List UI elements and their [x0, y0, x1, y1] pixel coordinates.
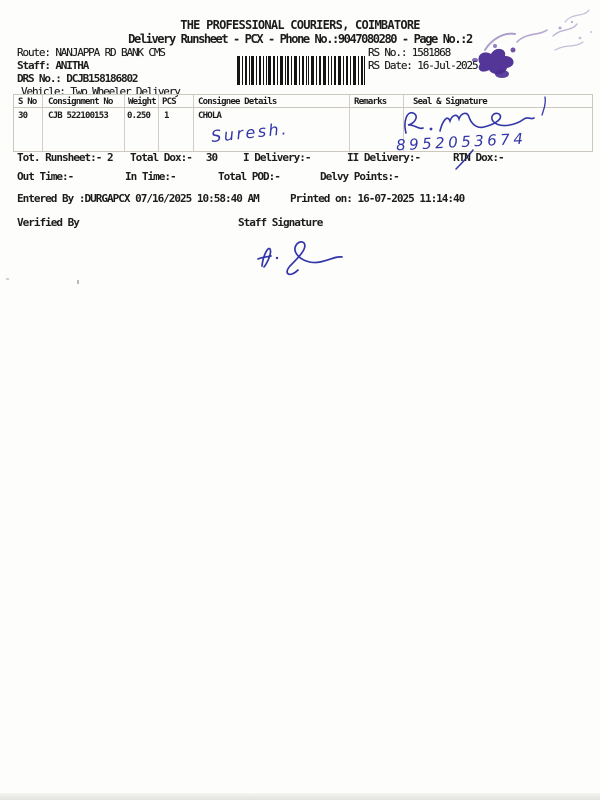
staff-label: Staff: [17, 59, 50, 72]
route-label: Route: [17, 46, 50, 59]
total-dox: Total Dox:-30 [130, 152, 217, 164]
barcode-image [237, 56, 365, 85]
col-header-weight: Weight [128, 98, 156, 108]
column-divider [42, 95, 43, 151]
col-header-sno: S No [18, 98, 36, 108]
scan-edge-shadow [0, 793, 600, 800]
col-header-pcs: PCS [162, 98, 176, 108]
drs-label: DRS No.: [17, 72, 61, 85]
entered-by: Entered By :DURGAPCX 07/16/2025 10:58:40… [17, 193, 259, 205]
row-weight: 0.250 [127, 112, 150, 122]
route-line: Route: NANJAPPA RD BANK CMS [17, 47, 165, 59]
row-consignment: CJB 522100153 [48, 112, 108, 122]
row-pcs: 1 [164, 112, 169, 122]
rtn-dox: RTN Dox:- [453, 152, 504, 164]
scan-speck [6, 278, 9, 280]
ii-delivery: II Delivery:- [347, 152, 420, 164]
i-delivery: I Delivery:- [243, 152, 310, 164]
rs-no-label: RS No.: [368, 46, 406, 59]
drs-line: DRS No.: DCJB158186802 [17, 73, 137, 85]
runsheet-document: THE PROFESSIONAL COURIERS, COIMBATORE De… [0, 0, 600, 800]
out-time: Out Time:- [17, 171, 73, 183]
delvy-points: Delvy Points:- [320, 171, 399, 183]
staff-signature-label: Staff Signature [238, 217, 322, 229]
column-divider [193, 95, 194, 151]
col-header-remarks: Remarks [354, 98, 386, 108]
scan-speck [77, 280, 79, 284]
in-time: In Time:- [125, 171, 176, 183]
total-pod: Total POD:- [218, 171, 280, 183]
row-consignee: CHOLA [198, 112, 221, 122]
column-divider [349, 95, 350, 151]
drs-value: DCJB158186802 [66, 72, 137, 85]
column-divider [124, 95, 125, 151]
row-sno: 30 [18, 112, 27, 122]
tot-runsheet: Tot. Runsheet:- 2 [17, 152, 113, 164]
verified-by-label: Verified By [17, 217, 79, 229]
column-divider [158, 95, 159, 151]
printed-on: Printed on: 16-07-2025 11:14:40 [290, 193, 464, 205]
staff-line: Staff: ANITHA [17, 60, 88, 72]
route-value: NANJAPPA RD BANK CMS [55, 46, 164, 59]
pen-stroke-mark [541, 96, 547, 116]
rs-date-label: RS Date: [368, 59, 412, 72]
staff-value: ANITHA [55, 59, 88, 72]
rs-no-line: RS No.: 1581868 [368, 47, 450, 59]
staff-signature-handwriting [250, 236, 350, 278]
col-header-consignee: Consignee Details [198, 98, 277, 108]
rs-no-value: 1581868 [412, 46, 450, 59]
ink-blot-stamp [455, 2, 595, 95]
col-header-consignment: Consignment No [48, 98, 113, 108]
